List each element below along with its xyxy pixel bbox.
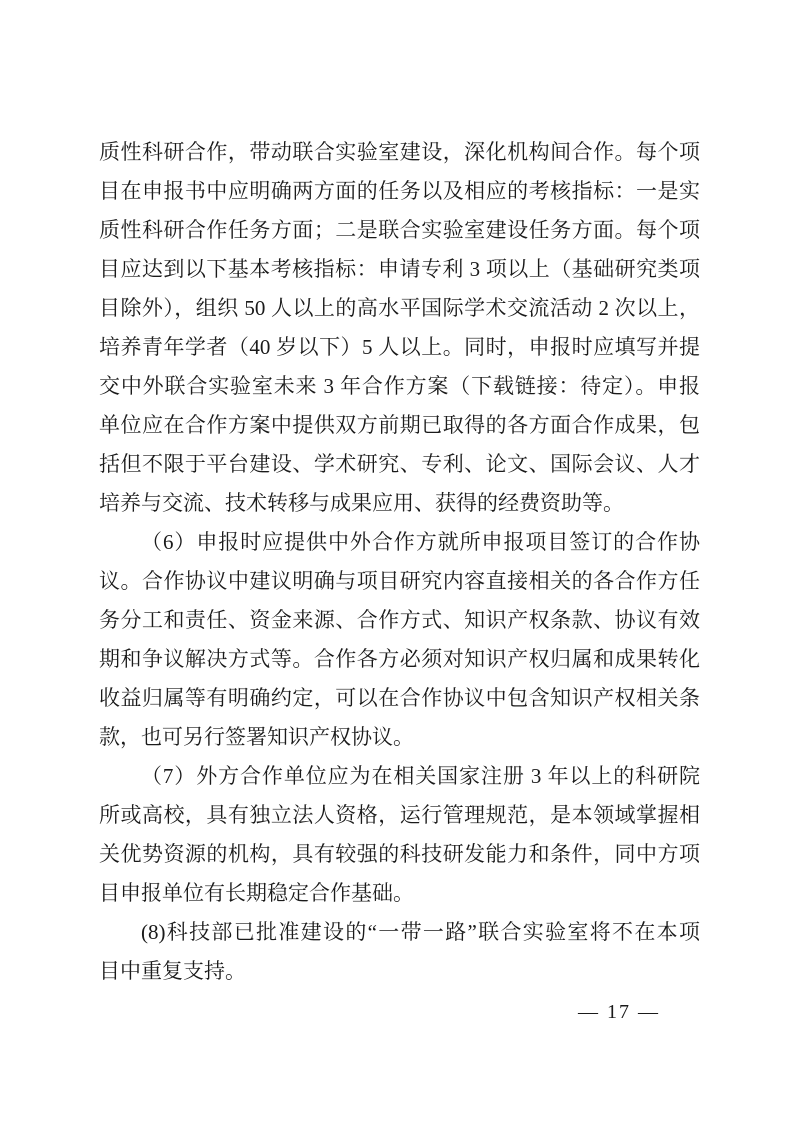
text-line: 所或高校，具有独立法人资格，运行管理规范，是本领域掌握相: [99, 796, 700, 835]
text-line: 期和争议解决方式等。合作各方必须对知识产权归属和成果转化: [99, 640, 700, 679]
text-line: 目申报单位有长期稳定合作基础。: [99, 874, 700, 913]
page-body-text: 质性科研合作，带动联合实验室建设，深化机构间合作。每个项目在申报书中应明确两方面…: [99, 133, 700, 991]
text-line: 收益归属等有明确约定，可以在合作协议中包含知识产权相关条: [99, 679, 700, 718]
text-line: 质性科研合作，带动联合实验室建设，深化机构间合作。每个项: [99, 133, 700, 172]
text-line: 培养与交流、技术转移与成果应用、获得的经费资助等。: [99, 484, 700, 523]
text-line: 培养青年学者（40 岁以下）5 人以上。同时，申报时应填写并提: [99, 328, 700, 367]
text-line: 交中外联合实验室未来 3 年合作方案（下载链接：待定）。申报: [99, 367, 700, 406]
page-number: — 17 —: [578, 998, 660, 1026]
text-line: 务分工和责任、资金来源、合作方式、知识产权条款、协议有效: [99, 601, 700, 640]
paragraph-item-7: （7）外方合作单位应为在相关国家注册 3 年以上的科研院所或高校，具有独立法人资…: [99, 757, 700, 913]
text-line: 目在申报书中应明确两方面的任务以及相应的考核指标：一是实: [99, 172, 700, 211]
text-line: 单位应在合作方案中提供双方前期已取得的各方面合作成果，包: [99, 406, 700, 445]
text-line: (8)科技部已批准建设的“一带一路”联合实验室将不在本项: [99, 913, 700, 952]
text-line: 括但不限于平台建设、学术研究、专利、论文、国际会议、人才: [99, 445, 700, 484]
text-line: （6）申报时应提供中外合作方就所申报项目签订的合作协: [99, 523, 700, 562]
paragraph-item-8: (8)科技部已批准建设的“一带一路”联合实验室将不在本项目中重复支持。: [99, 913, 700, 991]
text-line: （7）外方合作单位应为在相关国家注册 3 年以上的科研院: [99, 757, 700, 796]
text-line: 关优势资源的机构，具有较强的科技研发能力和条件，同中方项: [99, 835, 700, 874]
text-line: 目除外），组织 50 人以上的高水平国际学术交流活动 2 次以上，: [99, 289, 700, 328]
text-line: 款，也可另行签署知识产权协议。: [99, 718, 700, 757]
paragraph-continuation: 质性科研合作，带动联合实验室建设，深化机构间合作。每个项目在申报书中应明确两方面…: [99, 133, 700, 523]
paragraph-item-6: （6）申报时应提供中外合作方就所申报项目签订的合作协议。合作协议中建议明确与项目…: [99, 523, 700, 757]
text-line: 目应达到以下基本考核指标：申请专利 3 项以上（基础研究类项: [99, 250, 700, 289]
text-line: 议。合作协议中建议明确与项目研究内容直接相关的各合作方任: [99, 562, 700, 601]
text-line: 目中重复支持。: [99, 952, 700, 991]
text-line: 质性科研合作任务方面；二是联合实验室建设任务方面。每个项: [99, 211, 700, 250]
document-page: 质性科研合作，带动联合实验室建设，深化机构间合作。每个项目在申报书中应明确两方面…: [0, 0, 794, 1123]
